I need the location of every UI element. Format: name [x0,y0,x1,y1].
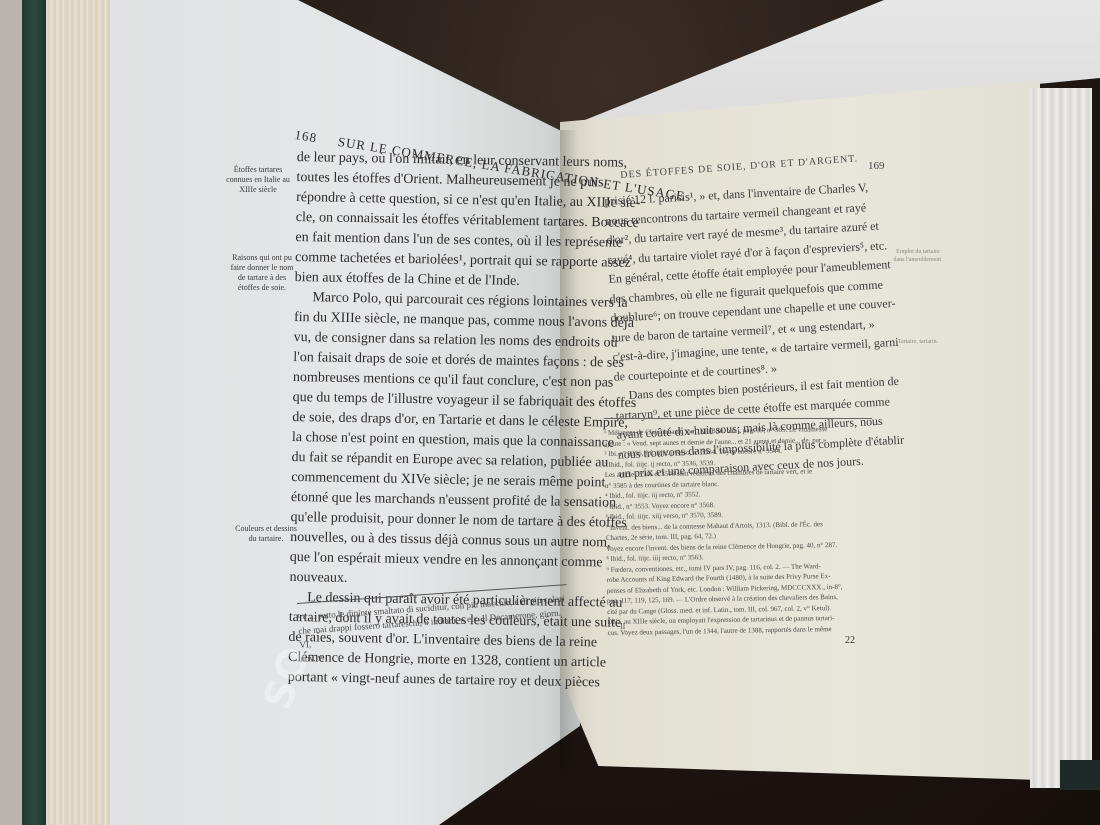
right-margin-note: Tartaire, tartarin. [893,338,943,346]
left-margin-note: Raisons qui ont pu faire donner le nom d… [228,253,296,293]
footnote-rule [604,418,872,419]
book-cover-left [22,0,48,825]
right-margin-note: Emploi du tartaire dans l'ameublement. [893,248,943,264]
right-page-number: 169 [868,160,885,172]
gathering-number: 22 [845,635,855,646]
book-cover-right [1060,760,1100,790]
right-footnotes: ¹ Mélanges de Clairambault, tom. XI (Bib… [604,423,888,638]
signature-mark: II [620,622,625,631]
page-edges-left [46,0,114,825]
page-edges-right [1030,88,1092,788]
left-margin-note: Étoffes tartares connues en Italie au XI… [224,165,292,195]
left-page-number: 168 [294,127,319,145]
